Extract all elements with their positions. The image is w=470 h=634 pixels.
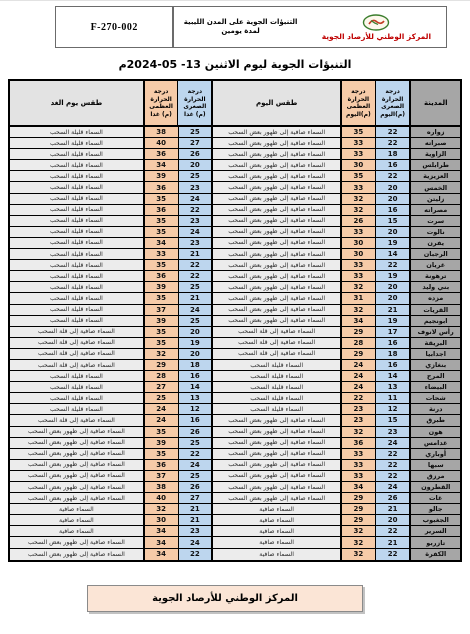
city-cell: الخمس <box>411 182 460 192</box>
city-cell: مصراته <box>411 205 460 215</box>
today-max-cell: 24 <box>342 360 376 370</box>
table-row: السماء قليلة السحب3623السماء صافية إلى ظ… <box>10 182 460 193</box>
today-min-cell: 20 <box>376 515 412 525</box>
city-cell: مرزق <box>411 471 460 481</box>
tomorrow-max-cell: 38 <box>145 482 179 492</box>
tomorrow-weather-cell: السماء صافية إلى قلة السحب <box>10 415 145 425</box>
today-max-cell: 33 <box>342 227 376 237</box>
today-max-cell: 34 <box>342 482 376 492</box>
today-min-cell: 20 <box>376 282 412 292</box>
tomorrow-weather-cell: السماء قليلة السحب <box>10 260 145 270</box>
today-max-cell: 33 <box>342 149 376 159</box>
table-row: السماء صافية إلى قلة السحب2918السماء قلي… <box>10 360 460 371</box>
tomorrow-weather-cell: السماء قليلة السحب <box>10 138 145 148</box>
tomorrow-weather-cell: السماء قليلة السحب <box>10 305 145 315</box>
table-row: السماء صافية إلى قلة السحب3519السماء صاف… <box>10 338 460 349</box>
today-weather-cell: السماء صافية إلى ظهور بعض السحب <box>213 449 342 459</box>
tomorrow-max-cell: 40 <box>145 493 179 503</box>
today-max-cell: 33 <box>342 182 376 192</box>
city-cell: البيضاء <box>411 382 460 392</box>
today-weather-cell: السماء صافية إلى ظهور بعض السحب <box>213 305 342 315</box>
tomorrow-max-cell: 37 <box>145 471 179 481</box>
table-row: السماء قليلة السحب3925السماء صافية إلى ظ… <box>10 316 460 327</box>
city-cell: تازربو <box>411 537 460 547</box>
tomorrow-max-cell: 34 <box>145 160 179 170</box>
tomorrow-min-cell: 20 <box>179 349 214 359</box>
today-max-cell: 29 <box>342 515 376 525</box>
col-header-city: المدينة <box>411 81 460 125</box>
table-row: السماء صافية إلى قلة السحب2416السماء صاف… <box>10 415 460 426</box>
tomorrow-max-cell: 34 <box>145 537 179 547</box>
tomorrow-weather-cell: السماء صافية إلى قلة السحب <box>10 349 145 359</box>
today-weather-cell: السماء صافية إلى ظهور بعض السحب <box>213 271 342 281</box>
today-weather-cell: السماء صافية إلى ظهور بعض السحب <box>213 182 342 192</box>
today-max-cell: 35 <box>342 127 376 137</box>
weather-bulletin-page: المركز الوطني للأرصاد الجوية التنبؤات ال… <box>0 0 470 634</box>
tomorrow-weather-cell: السماء قليلة السحب <box>10 227 145 237</box>
today-max-cell: 33 <box>342 271 376 281</box>
city-cell: اجدابيا <box>411 349 460 359</box>
tomorrow-weather-cell: السماء صافية إلى ظهور بعض السحب <box>10 471 145 481</box>
today-max-cell: 30 <box>342 249 376 259</box>
city-cell: البريقة <box>411 338 460 348</box>
city-cell: ابونجيم <box>411 316 460 326</box>
city-cell: درنة <box>411 404 460 414</box>
col-header-today-max: درجة الحرارة العظمى (م)اليوم <box>342 81 376 125</box>
tomorrow-weather-cell: السماء صافية إلى قلة السحب <box>10 338 145 348</box>
tomorrow-min-cell: 21 <box>179 249 214 259</box>
tomorrow-max-cell: 34 <box>145 526 179 536</box>
tomorrow-min-cell: 22 <box>179 260 214 270</box>
tomorrow-weather-cell: السماء صافية <box>10 504 145 514</box>
tomorrow-max-cell: 35 <box>145 194 179 204</box>
today-max-cell: 22 <box>342 393 376 403</box>
tomorrow-min-cell: 23 <box>179 526 214 536</box>
today-min-cell: 19 <box>376 316 412 326</box>
today-weather-cell: السماء صافية إلى ظهور بعض السحب <box>213 260 342 270</box>
tomorrow-max-cell: 29 <box>145 360 179 370</box>
tomorrow-max-cell: 39 <box>145 282 179 292</box>
table-row: السماء قليلة السحب2513السماء قليلة السحب… <box>10 393 460 404</box>
table-row: السماء قليلة السحب3724السماء صافية إلى ظ… <box>10 305 460 316</box>
today-max-cell: 23 <box>342 415 376 425</box>
today-weather-cell: السماء صافية إلى ظهور بعض السحب <box>213 316 342 326</box>
tomorrow-max-cell: 36 <box>145 271 179 281</box>
tomorrow-min-cell: 26 <box>179 482 214 492</box>
tomorrow-max-cell: 35 <box>145 338 179 348</box>
tomorrow-min-cell: 25 <box>179 282 214 292</box>
today-weather-cell: السماء صافية <box>213 549 342 560</box>
table-row: السماء صافية إلى ظهور بعض السحب3422السما… <box>10 549 460 560</box>
today-min-cell: 13 <box>376 382 412 392</box>
tomorrow-weather-cell: السماء صافية إلى ظهور بعض السحب <box>10 549 145 560</box>
footer-org-label: المركز الوطني للأرصاد الجوية <box>152 593 298 604</box>
tomorrow-weather-cell: السماء صافية إلى ظهور بعض السحب <box>10 537 145 547</box>
tomorrow-min-cell: 23 <box>179 238 214 248</box>
table-row: السماء قليلة السحب3523السماء صافية إلى ظ… <box>10 216 460 227</box>
today-min-cell: 22 <box>376 127 412 137</box>
tomorrow-weather-cell: السماء قليلة السحب <box>10 149 145 159</box>
tomorrow-min-cell: 25 <box>179 438 214 448</box>
tomorrow-min-cell: 22 <box>179 205 214 215</box>
tomorrow-min-cell: 27 <box>179 138 214 148</box>
today-min-cell: 14 <box>376 371 412 381</box>
tomorrow-min-cell: 13 <box>179 393 214 403</box>
today-weather-cell: السماء صافية إلى ظهور بعض السحب <box>213 216 342 226</box>
today-min-cell: 22 <box>376 171 412 181</box>
city-cell: مزده <box>411 293 460 303</box>
tomorrow-max-cell: 25 <box>145 393 179 403</box>
city-cell: سبها <box>411 460 460 470</box>
today-weather-cell: السماء صافية <box>213 526 342 536</box>
today-max-cell: 33 <box>342 471 376 481</box>
tomorrow-min-cell: 26 <box>179 149 214 159</box>
form-subject-cell: التنبؤات الجوية على المدن الليبية لمدة ي… <box>173 7 306 47</box>
tomorrow-weather-cell: السماء قليلة السحب <box>10 216 145 226</box>
today-weather-cell: السماء صافية إلى ظهور بعض السحب <box>213 282 342 292</box>
today-min-cell: 24 <box>376 482 412 492</box>
table-row: السماء قليلة السحب3522السماء صافية إلى ظ… <box>10 260 460 271</box>
today-min-cell: 22 <box>376 526 412 536</box>
tomorrow-max-cell: 39 <box>145 438 179 448</box>
today-max-cell: 26 <box>342 216 376 226</box>
today-weather-cell: السماء صافية إلى ظهور بعض السحب <box>213 138 342 148</box>
table-row: السماء قليلة السحب2412السماء قليلة السحب… <box>10 404 460 415</box>
tomorrow-max-cell: 27 <box>145 382 179 392</box>
today-weather-cell: السماء قليلة السحب <box>213 371 342 381</box>
today-min-cell: 18 <box>376 349 412 359</box>
tomorrow-min-cell: 18 <box>179 360 214 370</box>
tomorrow-weather-cell: السماء قليلة السحب <box>10 404 145 414</box>
tomorrow-min-cell: 19 <box>179 338 214 348</box>
today-max-cell: 24 <box>342 371 376 381</box>
today-weather-cell: السماء صافية إلى ظهور بعض السحب <box>213 482 342 492</box>
today-weather-cell: السماء صافية إلى ظهور بعض السحب <box>213 127 342 137</box>
tomorrow-weather-cell: السماء قليلة السحب <box>10 316 145 326</box>
today-max-cell: 24 <box>342 382 376 392</box>
tomorrow-weather-cell: السماء قليلة السحب <box>10 238 145 248</box>
today-min-cell: 22 <box>376 471 412 481</box>
city-cell: زليتن <box>411 194 460 204</box>
table-row: السماء قليلة السحب3626السماء صافية إلى ظ… <box>10 149 460 160</box>
table-row: السماء صافية إلى ظهور بعض السحب3424السما… <box>10 537 460 548</box>
today-weather-cell: السماء صافية إلى قلة السحب <box>213 327 342 337</box>
table-row: السماء قليلة السحب3420السماء صافية إلى ظ… <box>10 160 460 171</box>
tomorrow-min-cell: 27 <box>179 493 214 503</box>
col-header-today-min: درجة الحرارة الصغرى (م)اليوم <box>376 81 412 125</box>
tomorrow-max-cell: 35 <box>145 227 179 237</box>
city-cell: صبراته <box>411 138 460 148</box>
city-cell: غريان <box>411 260 460 270</box>
today-min-cell: 15 <box>376 415 412 425</box>
city-cell: رأس لانوف <box>411 327 460 337</box>
today-weather-cell: السماء صافية <box>213 537 342 547</box>
today-min-cell: 12 <box>376 404 412 414</box>
tomorrow-max-cell: 32 <box>145 349 179 359</box>
today-max-cell: 30 <box>342 160 376 170</box>
col-header-tomorrow-min: درجة الحرارة الصغرى (م) غدا <box>178 81 213 125</box>
today-max-cell: 32 <box>342 549 376 560</box>
today-max-cell: 23 <box>342 404 376 414</box>
today-min-cell: 21 <box>376 537 412 547</box>
form-code-text: F-270-002 <box>91 22 138 33</box>
today-max-cell: 29 <box>342 493 376 503</box>
city-cell: سرت <box>411 216 460 226</box>
today-min-cell: 15 <box>376 216 412 226</box>
tomorrow-max-cell: 30 <box>145 515 179 525</box>
city-cell: المرج <box>411 371 460 381</box>
table-row: السماء صافية إلى ظهور بعض السحب3725السما… <box>10 471 460 482</box>
table-row: السماء صافية إلى ظهور بعض السحب4027السما… <box>10 493 460 504</box>
tomorrow-weather-cell: السماء صافية إلى ظهور بعض السحب <box>10 493 145 503</box>
form-code-cell: F-270-002 <box>56 7 173 47</box>
tomorrow-weather-cell: السماء صافية إلى ظهور بعض السحب <box>10 438 145 448</box>
tomorrow-max-cell: 36 <box>145 205 179 215</box>
tomorrow-max-cell: 34 <box>145 549 179 560</box>
today-min-cell: 22 <box>376 260 412 270</box>
today-min-cell: 16 <box>376 205 412 215</box>
table-row: السماء قليلة السحب4027السماء صافية إلى ظ… <box>10 138 460 149</box>
tomorrow-weather-cell: السماء قليلة السحب <box>10 160 145 170</box>
tomorrow-min-cell: 24 <box>179 194 214 204</box>
table-row: السماء صافية إلى ظهور بعض السحب3522السما… <box>10 449 460 460</box>
tomorrow-min-cell: 20 <box>179 327 214 337</box>
city-cell: يفرن <box>411 238 460 248</box>
tomorrow-min-cell: 20 <box>179 160 214 170</box>
today-max-cell: 33 <box>342 260 376 270</box>
tomorrow-weather-cell: السماء قليلة السحب <box>10 371 145 381</box>
tomorrow-min-cell: 24 <box>179 227 214 237</box>
today-max-cell: 32 <box>342 305 376 315</box>
today-weather-cell: السماء صافية إلى ظهور بعض السحب <box>213 149 342 159</box>
city-cell: أوباري <box>411 449 460 459</box>
tomorrow-weather-cell: السماء قليلة السحب <box>10 282 145 292</box>
today-min-cell: 11 <box>376 393 412 403</box>
city-cell: القطرون <box>411 482 460 492</box>
tomorrow-weather-cell: السماء صافية إلى ظهور بعض السحب <box>10 482 145 492</box>
tomorrow-weather-cell: السماء صافية إلى قلة السحب <box>10 327 145 337</box>
col-header-tomorrow-max: درجة الحرارة العظمى (م) غدا <box>145 81 179 125</box>
table-row: السماء صافية3021السماء صافية2920الجغبوب <box>10 515 460 526</box>
today-max-cell: 33 <box>342 449 376 459</box>
today-min-cell: 24 <box>376 438 412 448</box>
tomorrow-max-cell: 38 <box>145 127 179 137</box>
city-cell: غات <box>411 493 460 503</box>
today-max-cell: 32 <box>342 537 376 547</box>
today-min-cell: 22 <box>376 549 412 560</box>
tomorrow-min-cell: 24 <box>179 460 214 470</box>
city-cell: نالوت <box>411 227 460 237</box>
today-min-cell: 16 <box>376 160 412 170</box>
table-header-row: طقس يوم الغد درجة الحرارة العظمى (م) غدا… <box>10 81 460 127</box>
form-subject-text: التنبؤات الجوية على المدن الليبية لمدة ي… <box>174 18 306 37</box>
tomorrow-weather-cell: السماء صافية إلى ظهور بعض السحب <box>10 460 145 470</box>
tomorrow-min-cell: 25 <box>179 316 214 326</box>
table-body: السماء قليلة السحب3825السماء صافية إلى ظ… <box>10 127 460 560</box>
tomorrow-weather-cell: السماء قليلة السحب <box>10 249 145 259</box>
today-min-cell: 18 <box>376 149 412 159</box>
tomorrow-min-cell: 24 <box>179 305 214 315</box>
table-row: السماء صافية إلى قلة السحب3220السماء صاف… <box>10 349 460 360</box>
today-min-cell: 20 <box>376 194 412 204</box>
tomorrow-min-cell: 24 <box>179 537 214 547</box>
table-row: السماء قليلة السحب3423السماء صافية إلى ظ… <box>10 238 460 249</box>
today-max-cell: 29 <box>342 504 376 514</box>
today-max-cell: 32 <box>342 526 376 536</box>
today-weather-cell: السماء صافية إلى ظهور بعض السحب <box>213 249 342 259</box>
tomorrow-max-cell: 35 <box>145 427 179 437</box>
col-header-today-weather: طقس اليوم <box>213 81 342 125</box>
today-weather-cell: السماء قليلة السحب <box>213 393 342 403</box>
city-cell: الزاوية <box>411 149 460 159</box>
today-weather-cell: السماء صافية إلى ظهور بعض السحب <box>213 227 342 237</box>
table-row: السماء قليلة السحب3524السماء صافية إلى ظ… <box>10 227 460 238</box>
today-weather-cell: السماء صافية <box>213 515 342 525</box>
today-weather-cell: السماء صافية إلى ظهور بعض السحب <box>213 493 342 503</box>
forecast-table: طقس يوم الغد درجة الحرارة العظمى (م) غدا… <box>8 79 462 562</box>
tomorrow-weather-cell: السماء صافية إلى ظهور بعض السحب <box>10 427 145 437</box>
today-min-cell: 20 <box>376 227 412 237</box>
table-row: السماء قليلة السحب2816السماء قليلة السحب… <box>10 371 460 382</box>
city-cell: بني وليد <box>411 282 460 292</box>
table-row: السماء صافية3221السماء صافية2921جالو <box>10 504 460 515</box>
city-cell: طبرق <box>411 415 460 425</box>
today-weather-cell: السماء صافية إلى ظهور بعض السحب <box>213 438 342 448</box>
today-max-cell: 32 <box>342 194 376 204</box>
city-cell: الجغبوب <box>411 515 460 525</box>
today-weather-cell: السماء صافية إلى قلة السحب <box>213 338 342 348</box>
org-header-cell: المركز الوطني للأرصاد الجوية <box>307 7 446 47</box>
tomorrow-min-cell: 16 <box>179 415 214 425</box>
today-weather-cell: السماء صافية إلى ظهور بعض السحب <box>213 471 342 481</box>
today-weather-cell: السماء صافية إلى ظهور بعض السحب <box>213 293 342 303</box>
tomorrow-min-cell: 25 <box>179 171 214 181</box>
tomorrow-weather-cell: السماء صافية إلى قلة السحب <box>10 360 145 370</box>
tomorrow-weather-cell: السماء قليلة السحب <box>10 393 145 403</box>
tomorrow-min-cell: 22 <box>179 549 214 560</box>
city-cell: غدامس <box>411 438 460 448</box>
form-header: المركز الوطني للأرصاد الجوية التنبؤات ال… <box>55 6 447 48</box>
tomorrow-min-cell: 21 <box>179 504 214 514</box>
tomorrow-weather-cell: السماء قليلة السحب <box>10 382 145 392</box>
tomorrow-min-cell: 25 <box>179 127 214 137</box>
city-cell: القريات <box>411 305 460 315</box>
today-min-cell: 16 <box>376 338 412 348</box>
tomorrow-min-cell: 22 <box>179 271 214 281</box>
today-weather-cell: السماء صافية إلى ظهور بعض السحب <box>213 460 342 470</box>
today-weather-cell: السماء صافية إلى ظهور بعض السحب <box>213 171 342 181</box>
tomorrow-min-cell: 12 <box>179 404 214 414</box>
table-row: السماء صافية3423السماء صافية3222السرير <box>10 526 460 537</box>
table-row: السماء قليلة السحب3925السماء صافية إلى ظ… <box>10 282 460 293</box>
today-weather-cell: السماء صافية إلى ظهور بعض السحب <box>213 160 342 170</box>
today-max-cell: 29 <box>342 349 376 359</box>
today-max-cell: 31 <box>342 293 376 303</box>
tomorrow-min-cell: 16 <box>179 371 214 381</box>
tomorrow-min-cell: 14 <box>179 382 214 392</box>
today-min-cell: 19 <box>376 238 412 248</box>
tomorrow-weather-cell: السماء صافية إلى ظهور بعض السحب <box>10 449 145 459</box>
table-row: السماء صافية إلى ظهور بعض السحب3624السما… <box>10 460 460 471</box>
today-min-cell: 20 <box>376 293 412 303</box>
tomorrow-max-cell: 34 <box>145 238 179 248</box>
tomorrow-weather-cell: السماء قليلة السحب <box>10 205 145 215</box>
met-center-logo-icon <box>362 14 390 31</box>
org-name-text: المركز الوطني للأرصاد الجوية <box>322 32 431 41</box>
tomorrow-max-cell: 33 <box>145 249 179 259</box>
city-cell: بنغازي <box>411 360 460 370</box>
table-row: السماء صافية إلى قلة السحب3520السماء صاف… <box>10 327 460 338</box>
col-header-tomorrow-weather: طقس يوم الغد <box>10 81 145 125</box>
today-max-cell: 32 <box>342 205 376 215</box>
today-min-cell: 14 <box>376 249 412 259</box>
tomorrow-max-cell: 24 <box>145 404 179 414</box>
city-cell: ترهونة <box>411 271 460 281</box>
tomorrow-min-cell: 23 <box>179 182 214 192</box>
footer-org-box: المركز الوطني للأرصاد الجوية <box>87 585 363 612</box>
today-min-cell: 22 <box>376 460 412 470</box>
today-max-cell: 34 <box>342 316 376 326</box>
tomorrow-max-cell: 35 <box>145 216 179 226</box>
today-min-cell: 22 <box>376 138 412 148</box>
tomorrow-weather-cell: السماء قليلة السحب <box>10 271 145 281</box>
tomorrow-min-cell: 21 <box>179 293 214 303</box>
today-weather-cell: السماء صافية <box>213 504 342 514</box>
tomorrow-max-cell: 36 <box>145 460 179 470</box>
city-cell: طرابلس <box>411 160 460 170</box>
tomorrow-min-cell: 22 <box>179 449 214 459</box>
today-weather-cell: السماء صافية إلى ظهور بعض السحب <box>213 427 342 437</box>
tomorrow-weather-cell: السماء صافية <box>10 515 145 525</box>
today-min-cell: 17 <box>376 327 412 337</box>
tomorrow-max-cell: 37 <box>145 305 179 315</box>
today-min-cell: 20 <box>376 182 412 192</box>
tomorrow-weather-cell: السماء قليلة السحب <box>10 127 145 137</box>
city-cell: جالو <box>411 504 460 514</box>
today-min-cell: 21 <box>376 305 412 315</box>
table-row: السماء قليلة السحب3321السماء صافية إلى ظ… <box>10 249 460 260</box>
today-weather-cell: السماء قليلة السحب <box>213 382 342 392</box>
tomorrow-max-cell: 36 <box>145 149 179 159</box>
table-row: السماء قليلة السحب3521السماء صافية إلى ظ… <box>10 293 460 304</box>
today-min-cell: 19 <box>376 271 412 281</box>
tomorrow-max-cell: 35 <box>145 449 179 459</box>
table-row: السماء قليلة السحب3622السماء صافية إلى ظ… <box>10 271 460 282</box>
city-cell: هون <box>411 427 460 437</box>
today-weather-cell: السماء قليلة السحب <box>213 404 342 414</box>
tomorrow-weather-cell: السماء قليلة السحب <box>10 182 145 192</box>
tomorrow-max-cell: 35 <box>145 260 179 270</box>
table-row: السماء قليلة السحب3925السماء صافية إلى ظ… <box>10 171 460 182</box>
tomorrow-max-cell: 36 <box>145 182 179 192</box>
today-max-cell: 32 <box>342 282 376 292</box>
tomorrow-max-cell: 39 <box>145 316 179 326</box>
table-row: السماء قليلة السحب3622السماء صافية إلى ظ… <box>10 205 460 216</box>
table-row: السماء قليلة السحب3825السماء صافية إلى ظ… <box>10 127 460 138</box>
tomorrow-min-cell: 23 <box>179 216 214 226</box>
table-row: السماء قليلة السحب3524السماء صافية إلى ظ… <box>10 194 460 205</box>
today-min-cell: 23 <box>376 427 412 437</box>
today-weather-cell: السماء صافية إلى ظهور بعض السحب <box>213 238 342 248</box>
today-max-cell: 29 <box>342 327 376 337</box>
today-min-cell: 22 <box>376 449 412 459</box>
tomorrow-min-cell: 26 <box>179 427 214 437</box>
today-min-cell: 21 <box>376 504 412 514</box>
today-max-cell: 33 <box>342 460 376 470</box>
today-weather-cell: السماء صافية إلى ظهور بعض السحب <box>213 415 342 425</box>
tomorrow-weather-cell: السماء قليلة السحب <box>10 194 145 204</box>
city-cell: السرير <box>411 526 460 536</box>
